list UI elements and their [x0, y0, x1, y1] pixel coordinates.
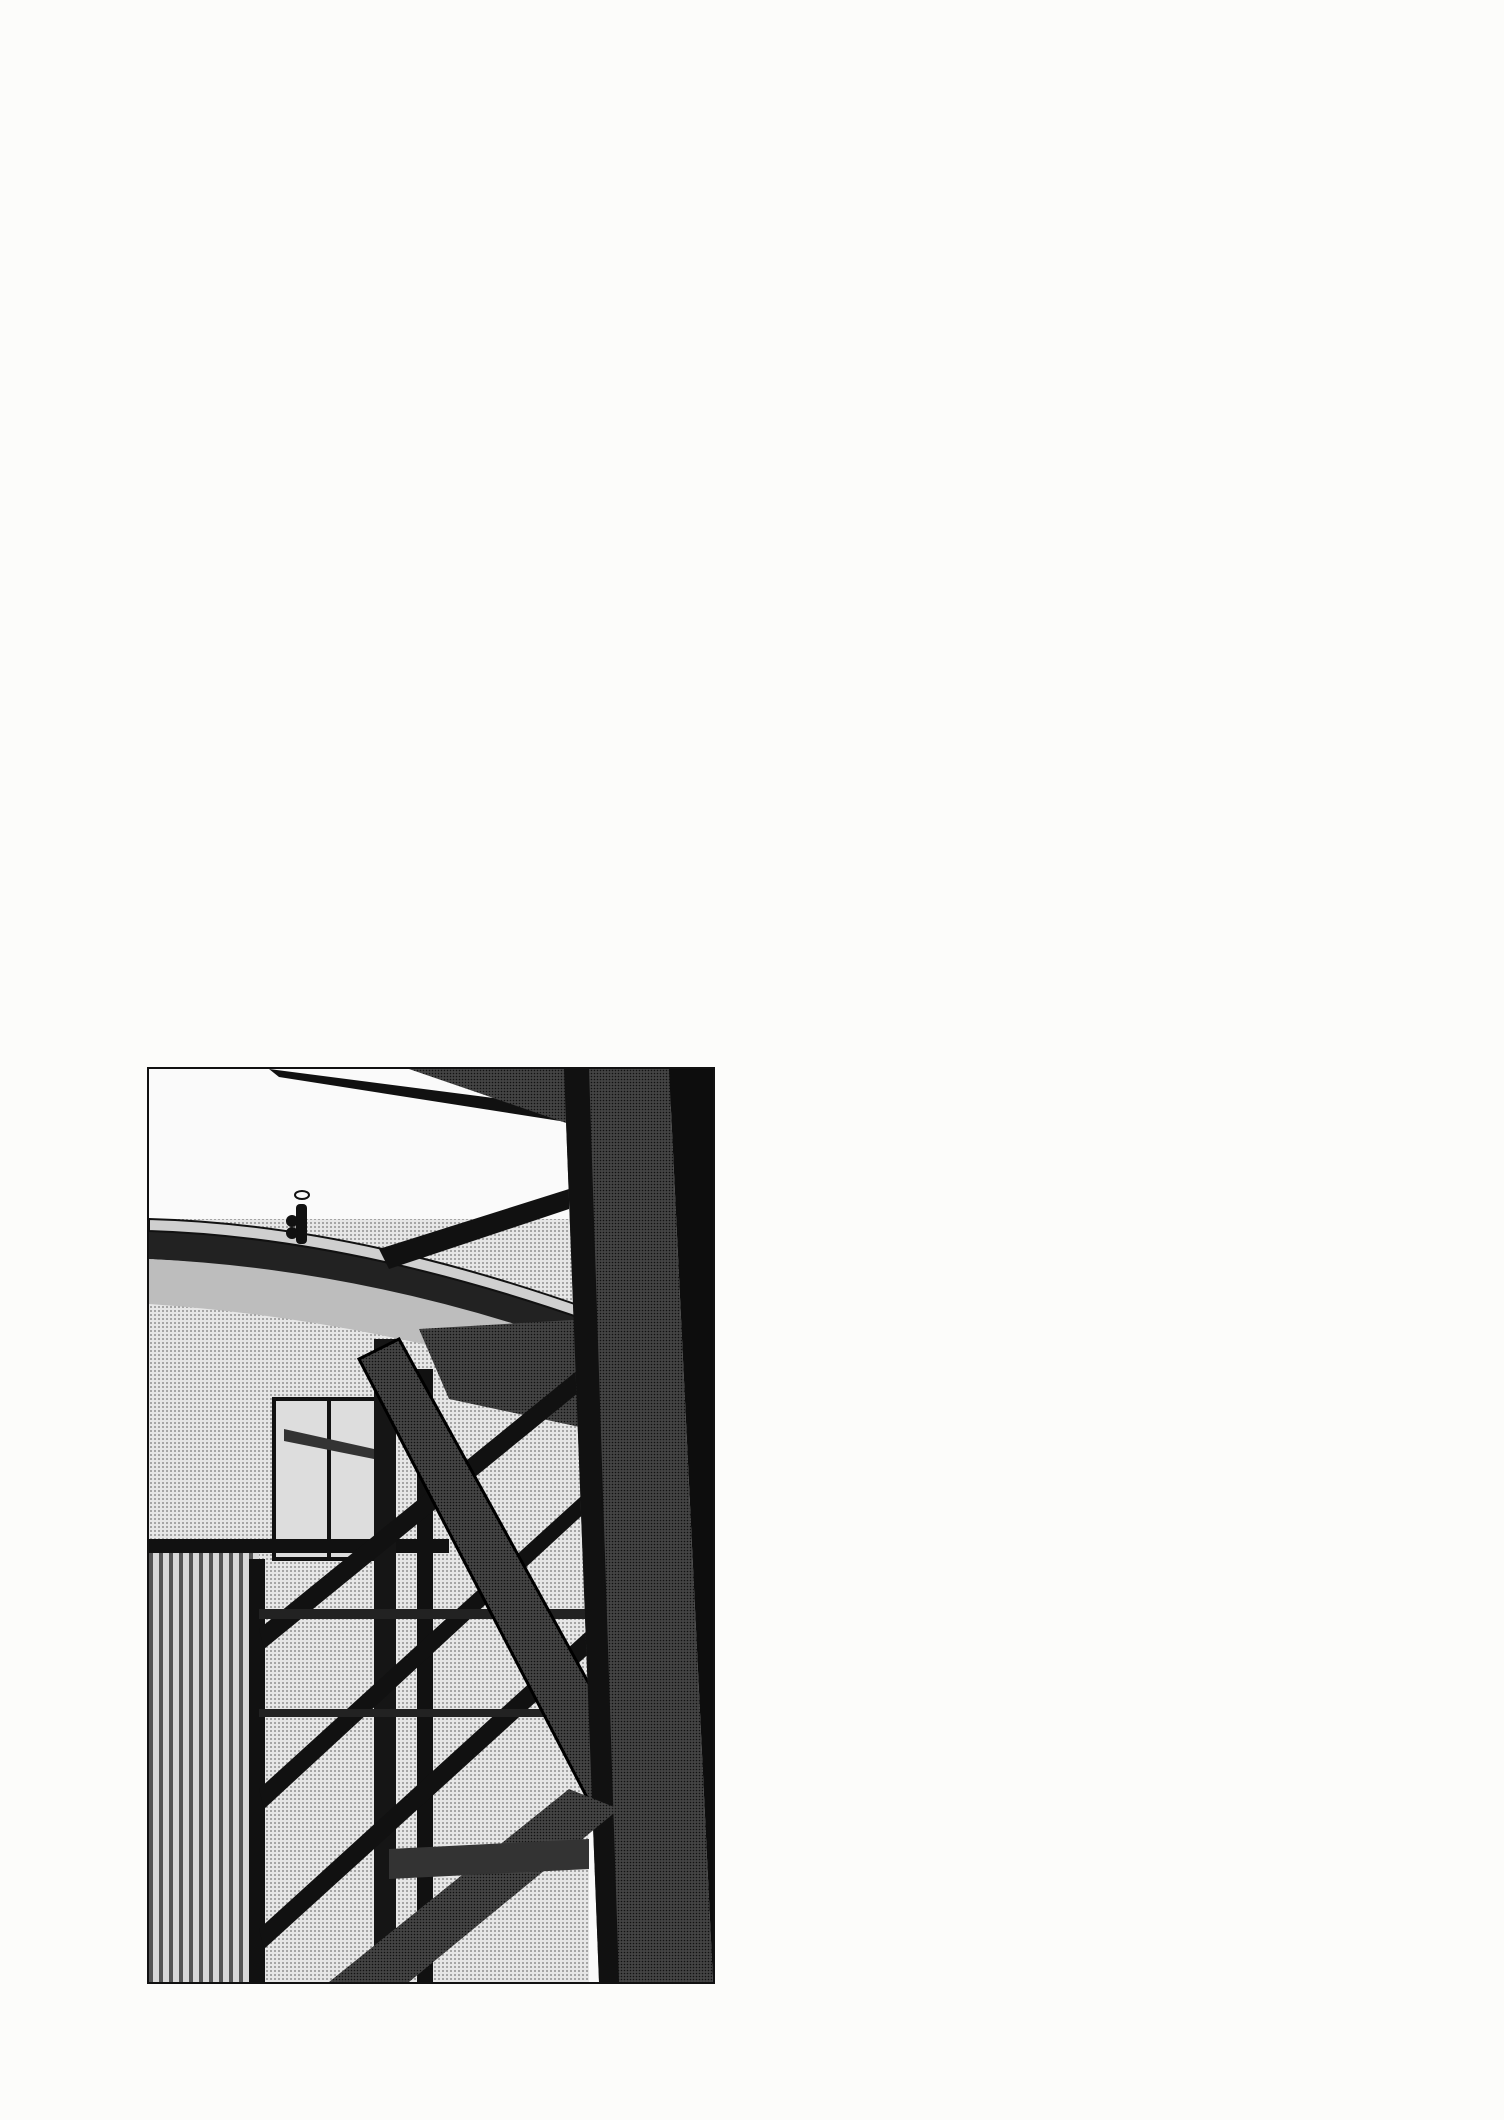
- stair-post-1: [249, 1559, 265, 1982]
- stair-post-2: [374, 1339, 396, 1982]
- corrugated-wall: [149, 1549, 259, 1982]
- manga-page: Low-angle view of an industrial building…: [0, 0, 1504, 2120]
- panel-artwork: [149, 1069, 713, 1982]
- illustration-panel: Low-angle view of an industrial building…: [147, 1067, 715, 1984]
